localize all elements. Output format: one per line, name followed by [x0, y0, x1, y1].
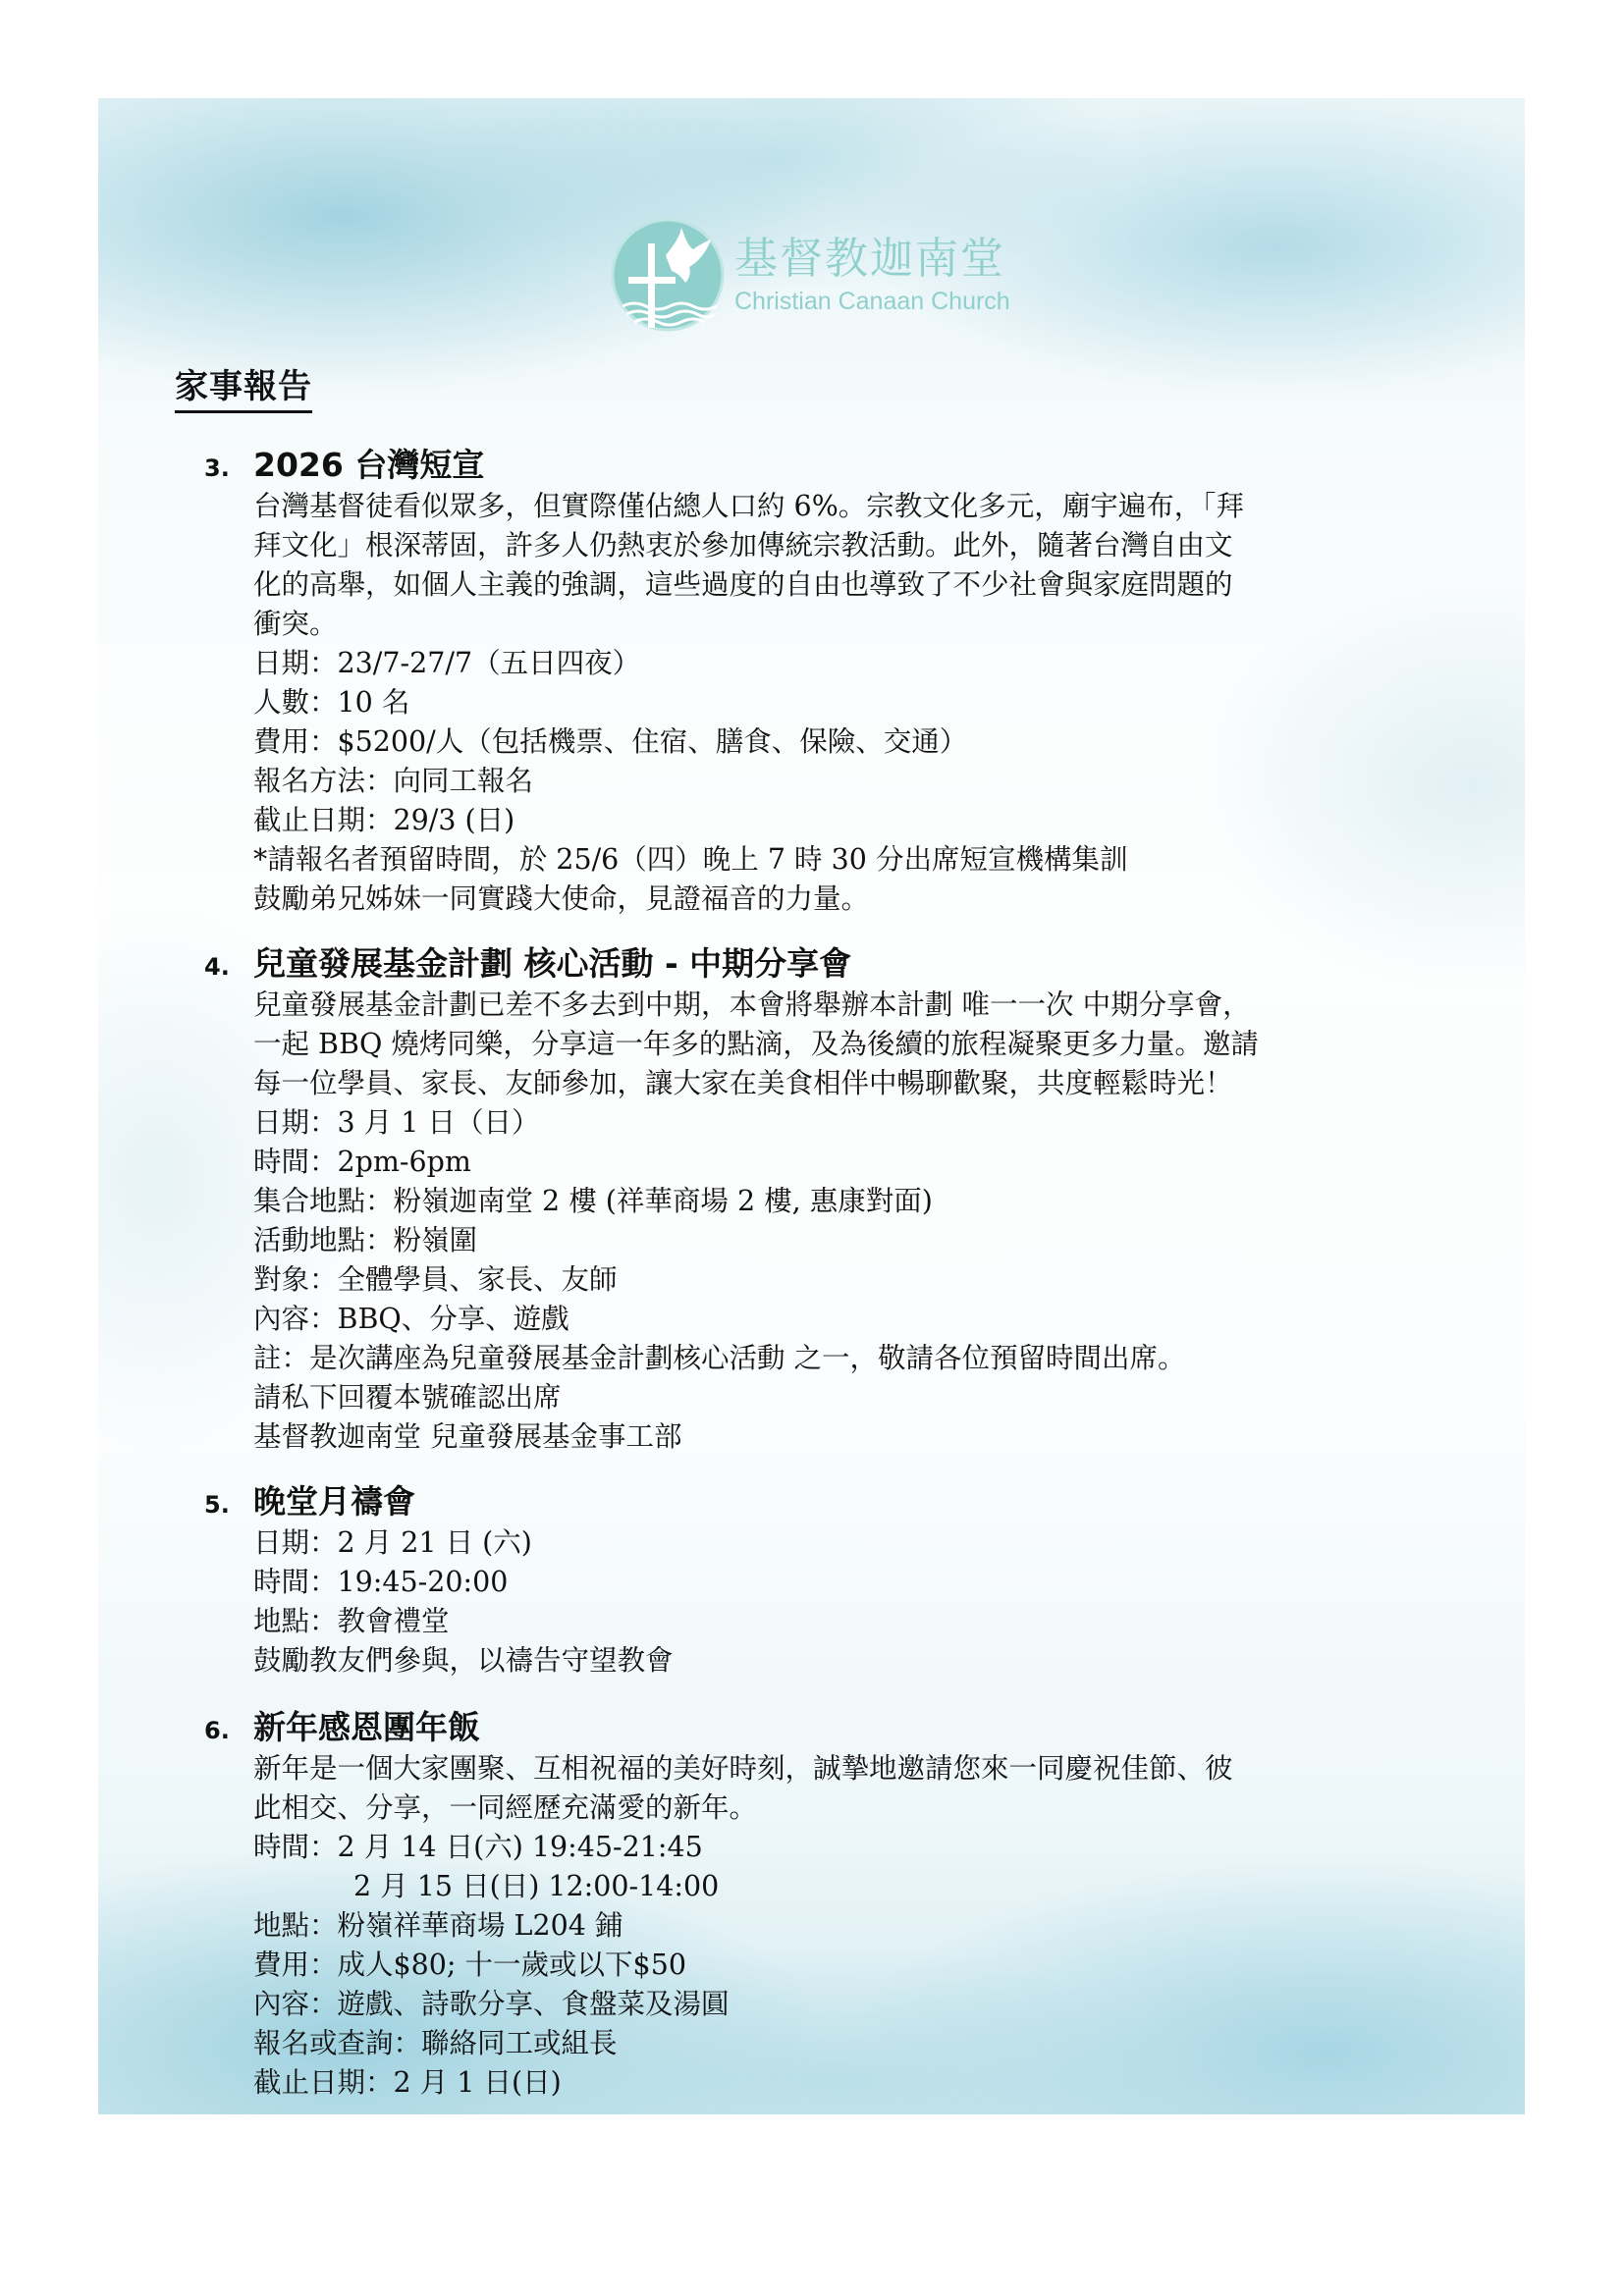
announcement-item-5: 5. 晚堂月禱會 日期：2 月 21 日 (六) 時間：19:45-20:00 … [204, 1480, 1432, 1681]
body-line: 衝突。 [253, 605, 1432, 644]
venue-line: 地點：教會禮堂 [253, 1602, 1432, 1641]
encouragement-line: 鼓勵弟兄姊妹一同實踐大使命，見證福音的力量。 [253, 880, 1432, 919]
item-number: 6. [204, 1717, 253, 1744]
fee-line: 費用：成人$80; 十一歲或以下$50 [253, 1946, 1432, 1985]
body-line: 此相交、分享，一同經歷充滿愛的新年。 [253, 1789, 1432, 1828]
cross-dove-logo-icon [609, 216, 727, 334]
church-logo: 基督教迦南堂 Christian Canaan Church [609, 206, 1060, 344]
body-line: 台灣基督徒看似眾多，但實際僅佔總人口約 6%。宗教文化多元，廟宇遍布，「拜 [253, 487, 1432, 526]
body-line: 兒童發展基金計劃已差不多去到中期，本會將舉辦本計劃 唯一一次 中期分享會， [253, 986, 1432, 1025]
item-number: 3. [204, 454, 253, 482]
deadline-line: 截止日期：2 月 1 日(日) [253, 2063, 1432, 2103]
content-line: 內容：遊戲、詩歌分享、食盤菜及湯圓 [253, 1985, 1432, 2024]
encouragement-line: 鼓勵教友們參與，以禱告守望教會 [253, 1641, 1432, 1681]
time-line: 時間：2pm-6pm [253, 1143, 1432, 1182]
enquiry-line: 報名或查詢：聯絡同工或組長 [253, 2024, 1432, 2063]
fee-line: 費用：$5200/人（包括機票、住宿、膳食、保險、交通） [253, 722, 1432, 762]
note-line: *請報名者預留時間，於 25/6（四）晚上 7 時 30 分出席短宣機構集訓 [253, 840, 1432, 880]
church-name-zh: 基督教迦南堂 [734, 234, 1010, 285]
body-line: 每一位學員、家長、友師參加，讓大家在美食相伴中暢聊歡聚，共度輕鬆時光！ [253, 1064, 1432, 1103]
audience-line: 對象：全體學員、家長、友師 [253, 1260, 1432, 1300]
item-body: 兒童發展基金計劃已差不多去到中期，本會將舉辦本計劃 唯一一次 中期分享會， 一起… [253, 986, 1432, 1457]
item-title: 新年感恩團年飯 [253, 1706, 480, 1749]
signature-line: 基督教迦南堂 兒童發展基金事工部 [253, 1417, 1432, 1457]
announcement-item-6: 6. 新年感恩團年飯 新年是一個大家團聚、互相祝福的美好時刻，誠摯地邀請您來一同… [204, 1706, 1432, 2103]
rsvp-line: 請私下回覆本號確認出席 [253, 1378, 1432, 1417]
item-body: 新年是一個大家團聚、互相祝福的美好時刻，誠摯地邀請您來一同慶祝佳節、彼 此相交、… [253, 1749, 1432, 2103]
venue-line: 活動地點：粉嶺圍 [253, 1221, 1432, 1260]
note-line: 註：是次講座為兒童發展基金計劃核心活動 之一，敬請各位預留時間出席。 [253, 1339, 1432, 1378]
time-line: 時間：2 月 14 日(六) 19:45-21:45 [253, 1828, 1432, 1867]
section-title: 家事報告 [175, 365, 312, 413]
content-line: 內容：BBQ、分享、遊戲 [253, 1300, 1432, 1339]
registration-line: 報名方法：向同工報名 [253, 762, 1432, 801]
church-name-en: Christian Canaan Church [734, 287, 1010, 316]
venue-line: 地點：粉嶺祥華商場 L204 鋪 [253, 1906, 1432, 1946]
item-title: 晚堂月禱會 [253, 1480, 415, 1523]
item-body: 日期：2 月 21 日 (六) 時間：19:45-20:00 地點：教會禮堂 鼓… [253, 1523, 1432, 1681]
date-line: 日期：2 月 21 日 (六) [253, 1523, 1432, 1563]
date-line: 日期：23/7-27/7（五日四夜） [253, 644, 1432, 683]
item-number: 4. [204, 953, 253, 981]
meeting-point-line: 集合地點：粉嶺迦南堂 2 樓 (祥華商場 2 樓, 惠康對面) [253, 1182, 1432, 1221]
item-title: 2026 台灣短宣 [253, 444, 484, 487]
quota-line: 人數：10 名 [253, 683, 1432, 722]
time-line-2: 2 月 15 日(日) 12:00-14:00 [253, 1867, 1432, 1906]
body-line: 化的高舉，如個人主義的強調，這些過度的自由也導致了不少社會與家庭問題的 [253, 565, 1432, 605]
date-line: 日期：3 月 1 日（日） [253, 1103, 1432, 1143]
body-line: 一起 BBQ 燒烤同樂，分享這一年多的點滴，及為後續的旅程凝聚更多力量。邀請 [253, 1025, 1432, 1064]
deadline-line: 截止日期：29/3 (日) [253, 801, 1432, 840]
body-line: 拜文化」根深蒂固，許多人仍熱衷於參加傳統宗教活動。此外，隨著台灣自由文 [253, 526, 1432, 565]
body-line: 新年是一個大家團聚、互相祝福的美好時刻，誠摯地邀請您來一同慶祝佳節、彼 [253, 1749, 1432, 1789]
item-number: 5. [204, 1491, 253, 1519]
announcement-item-4: 4. 兒童發展基金計劃 核心活動 - 中期分享會 兒童發展基金計劃已差不多去到中… [204, 942, 1432, 1457]
announcement-item-3: 3. 2026 台灣短宣 台灣基督徒看似眾多，但實際僅佔總人口約 6%。宗教文化… [204, 444, 1432, 919]
item-body: 台灣基督徒看似眾多，但實際僅佔總人口約 6%。宗教文化多元，廟宇遍布，「拜 拜文… [253, 487, 1432, 919]
time-line: 時間：19:45-20:00 [253, 1563, 1432, 1602]
item-title: 兒童發展基金計劃 核心活動 - 中期分享會 [253, 942, 851, 986]
